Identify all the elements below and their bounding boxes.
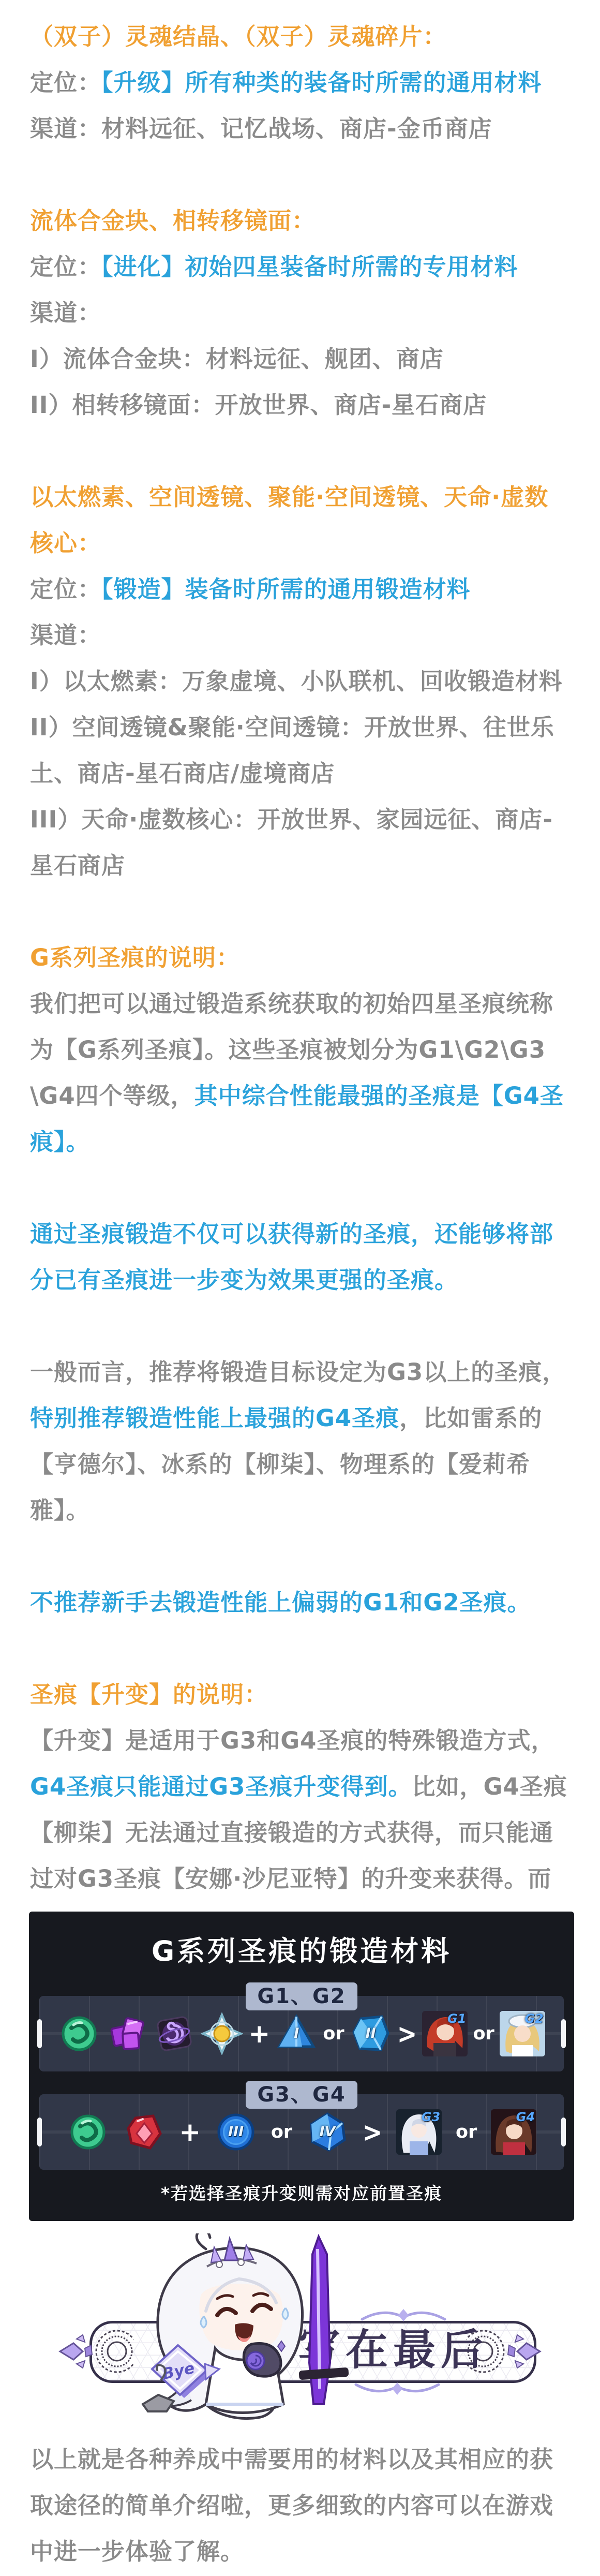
text-segment: 【进化】初始四星装备时所需的专用材料 (101, 253, 518, 280)
paragraph: 以太燃素、空间透镜、聚能·空间透镜、天命·虚数核心： (30, 474, 570, 566)
article-body: （双子）灵魂结晶、（双子）灵魂碎片：定位：【升级】所有种类的装备时所需的通用材料… (0, 0, 600, 1890)
tier-numeral: III (215, 2124, 257, 2140)
arrow-operator: > (397, 2018, 417, 2050)
tier-numeral: I (275, 2025, 318, 2041)
paragraph: 【升变】是适用于G3和G4圣痕的特殊锻造方式，G4圣痕只能通过G3圣痕升变得到。… (30, 1718, 570, 1890)
portrait-tier-label: G1 (447, 2011, 466, 2026)
paragraph: 流体合金块、相转移镜面： (30, 198, 570, 244)
materials-footnote: *若选择圣痕升变则需对应前置圣痕 (39, 2180, 564, 2204)
text-block-8: 圣痕【升变】的说明：【升变】是适用于G3和G4圣痕的特殊锻造方式，G4圣痕只能通… (30, 1671, 570, 1890)
tier-numeral: IV (306, 2124, 349, 2140)
paragraph: II）空间透镜&聚能·空间透镜：开放世界、往世乐土、商店-星石商店/虚境商店 (30, 704, 570, 796)
text-segment: II）空间透镜&聚能·空间透镜：开放世界、往世乐土、商店-星石商店/虚境商店 (30, 714, 554, 787)
tier-badge: G1、G2 (246, 1982, 357, 2010)
tier-badge: G3、G4 (246, 2081, 357, 2109)
text-segment: I）流体合金块：材料远征、舰团、商店 (30, 345, 444, 373)
text-block-1: （双子）灵魂结晶、（双子）灵魂碎片：定位：【升级】所有种类的装备时所需的通用材料… (30, 13, 570, 152)
aether-fuel-icon (67, 2111, 109, 2153)
paragraph: 渠道：材料远征、记忆战场、商店-金币商店 (30, 106, 570, 152)
text-segment: 圣痕【升变】的说明： (30, 1681, 268, 1708)
paragraph: III）天命·虚数核心：开放世界、家园远征、商店-星石商店 (30, 796, 570, 889)
rose-brooch-icon (247, 2352, 264, 2370)
materials-panel-title: G系列圣痕的锻造材料 (39, 1929, 564, 1969)
or-operator: or (323, 2023, 344, 2044)
arrow-operator: > (363, 2116, 383, 2148)
text-segment: 【升变】是适用于G3和G4圣痕的特殊锻造方式， (30, 1727, 555, 1754)
paragraph: 通过圣痕锻造不仅可以获得新的圣痕，还能够将部分已有圣痕进一步变为效果更强的圣痕。 (30, 1211, 570, 1303)
paragraph: 一般而言，推荐将锻造目标设定为G3以上的圣痕，特别推荐锻造性能上最强的G4圣痕，… (30, 1349, 570, 1533)
text-segment: 不推荐新手去锻造性能上偏弱的G1和G2圣痕。 (30, 1589, 531, 1616)
paragraph: 圣痕【升变】的说明： (30, 1671, 570, 1718)
text-segment: 通过圣痕锻造不仅可以获得新的圣痕，还能够将部分已有圣痕进一步变为效果更强的圣痕。 (30, 1220, 553, 1294)
paragraph: I）流体合金块：材料远征、舰团、商店 (30, 336, 570, 382)
space-lens-icon (153, 2012, 196, 2055)
flourish-ornament-top (357, 2305, 450, 2323)
text-block-2: 流体合金块、相转移镜面：定位：【进化】初始四星装备时所需的专用材料渠道：I）流体… (30, 198, 570, 428)
outro-paragraph: 以上就是各种养成中需要用的材料以及其相应的获取途径的简单介绍啦，更多细致的内容可… (30, 2436, 570, 2574)
paragraph: 我们把可以通过锻造系统获取的初始四星圣痕统称为【G系列圣痕】。这些圣痕被划分为G… (30, 981, 570, 1165)
text-segment: 流体合金块、相转移镜面： (30, 207, 316, 234)
flourish-ornament-bottom (351, 2380, 444, 2399)
text-segment: 渠道：材料远征、记忆战场、商店-金币商店 (30, 115, 492, 142)
gem-tier1-icon: I (275, 2012, 318, 2055)
text-segment: 【升级】所有种类的装备时所需的通用材料 (101, 69, 542, 96)
paragraph: 渠道： (30, 290, 570, 336)
text-segment: II）相转移镜面：开放世界、商店-星石商店 (30, 391, 487, 419)
g4-stigmata-portrait: G4 (491, 2109, 536, 2155)
paragraph: 不推荐新手去锻造性能上偏弱的G1和G2圣痕。 (30, 1579, 570, 1625)
text-segment: 渠道： (30, 299, 101, 327)
plus-operator: + (179, 2117, 201, 2147)
paragraph: （双子）灵魂结晶、（双子）灵魂碎片： (30, 13, 570, 60)
aether-fuel-icon (58, 2012, 100, 2055)
text-segment: I）以太燃素：万象虚境、小队联机、回收锻造材料 (30, 668, 563, 695)
paragraph: 定位：【进化】初始四星装备时所需的专用材料 (30, 244, 570, 290)
text-segment: 特别推荐锻造性能上最强的G4圣痕 (30, 1404, 399, 1432)
portrait-tier-label: G4 (516, 2110, 535, 2124)
text-segment: G系列圣痕的说明： (30, 944, 240, 971)
or-operator: or (456, 2122, 477, 2142)
purple-sword-icon (298, 2237, 349, 2404)
coin-tier3-icon: III (215, 2111, 257, 2153)
phase-cubes-icon (106, 2012, 148, 2055)
g2-stigmata-portrait: G2 (500, 2011, 545, 2056)
text-block-6: 一般而言，推荐将锻造目标设定为G3以上的圣痕，特别推荐锻造性能上最强的G4圣痕，… (30, 1349, 570, 1533)
text-segment: 以太燃素、空间透镜、聚能·空间透镜、天命·虚数核心： (30, 483, 548, 557)
paragraph: 定位：【升级】所有种类的装备时所需的通用材料 (30, 60, 570, 106)
gem-tier4-icon: IV (306, 2111, 349, 2153)
text-segment: 定位： (30, 253, 101, 280)
gem-tier2-icon: II (350, 2012, 392, 2055)
portrait-tier-label: G3 (422, 2110, 440, 2124)
text-segment: G4圣痕只能通过G3圣痕升变得到。 (30, 1773, 412, 1800)
ending-banner-section: 写在最后 (0, 2226, 600, 2433)
chibi-character: Bye (128, 2233, 351, 2423)
text-block-3: 以太燃素、空间透镜、聚能·空间透镜、天命·虚数核心：定位：【锻造】装备时所需的通… (30, 474, 570, 889)
g1-stigmata-portrait: G1 (422, 2011, 468, 2056)
paragraph: II）相转移镜面：开放世界、商店-星石商店 (30, 382, 570, 428)
materials-panel: G系列圣痕的锻造材料 G1、G2+IorII>G1orG2G3、G4+IIIor… (29, 1912, 574, 2221)
or-operator: or (271, 2122, 292, 2142)
focus-lens-icon (201, 2012, 243, 2055)
lace-ornament-left (56, 2326, 133, 2377)
text-segment: 定位： (30, 575, 101, 603)
text-block-7: 不推荐新手去锻造性能上偏弱的G1和G2圣痕。 (30, 1579, 570, 1625)
text-segment: 一般而言，推荐将锻造目标设定为G3以上的圣痕， (30, 1358, 566, 1386)
text-block-5: 通过圣痕锻造不仅可以获得新的圣痕，还能够将部分已有圣痕进一步变为效果更强的圣痕。 (30, 1211, 570, 1303)
text-segment: （双子）灵魂结晶、（双子）灵魂碎片： (30, 23, 447, 50)
plus-operator: + (248, 2019, 270, 2049)
text-segment: 渠道： (30, 621, 101, 649)
or-operator: or (473, 2023, 494, 2044)
text-segment: 【锻造】装备时所需的通用锻造材料 (101, 575, 471, 603)
text-segment: 定位： (30, 69, 101, 96)
text-block-4: G系列圣痕的说明：我们把可以通过锻造系统获取的初始四星圣痕统称为【G系列圣痕】。… (30, 935, 570, 1165)
tier-numeral: II (350, 2025, 392, 2041)
paragraph: 渠道： (30, 612, 570, 658)
paragraph: I）以太燃素：万象虚境、小队联机、回收锻造材料 (30, 658, 570, 704)
materials-groups: G1、G2+IorII>G1orG2G3、G4+IIIorIV>G3orG4 (39, 1982, 564, 2170)
text-segment: III）天命·虚数核心：开放世界、家园远征、商店-星石商店 (30, 806, 553, 879)
portrait-tier-label: G2 (524, 2011, 543, 2026)
g3-stigmata-portrait: G3 (396, 2109, 442, 2155)
paragraph: G系列圣痕的说明： (30, 935, 570, 981)
red-crystal-icon (123, 2111, 166, 2153)
paragraph: 定位：【锻造】装备时所需的通用锻造材料 (30, 566, 570, 612)
